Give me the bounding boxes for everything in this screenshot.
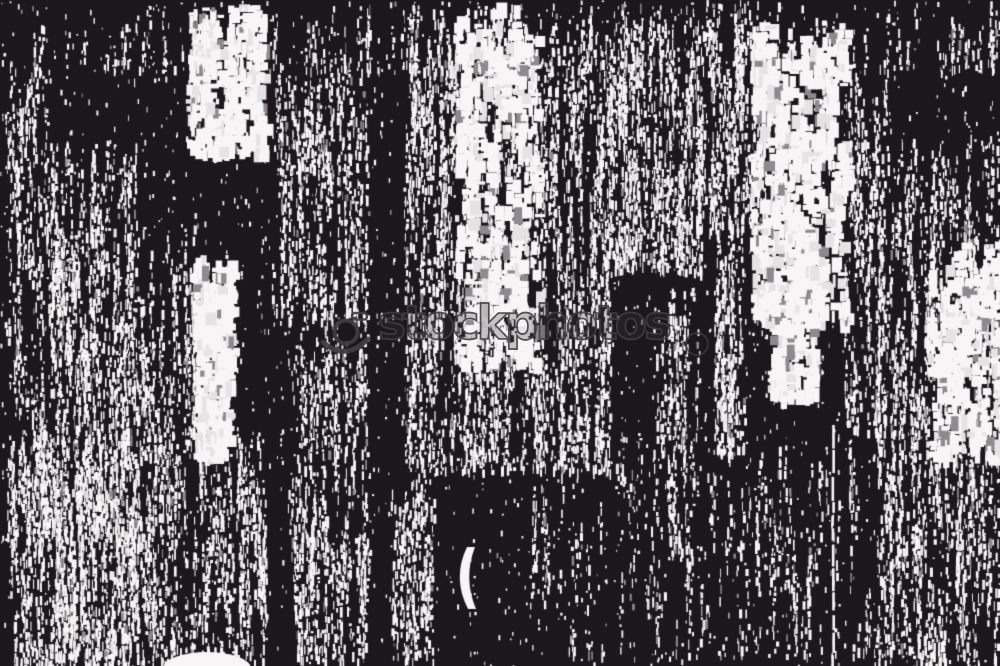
grunge-texture-canvas [0, 0, 1000, 666]
stock-texture-image: stockphotos [0, 0, 1000, 666]
